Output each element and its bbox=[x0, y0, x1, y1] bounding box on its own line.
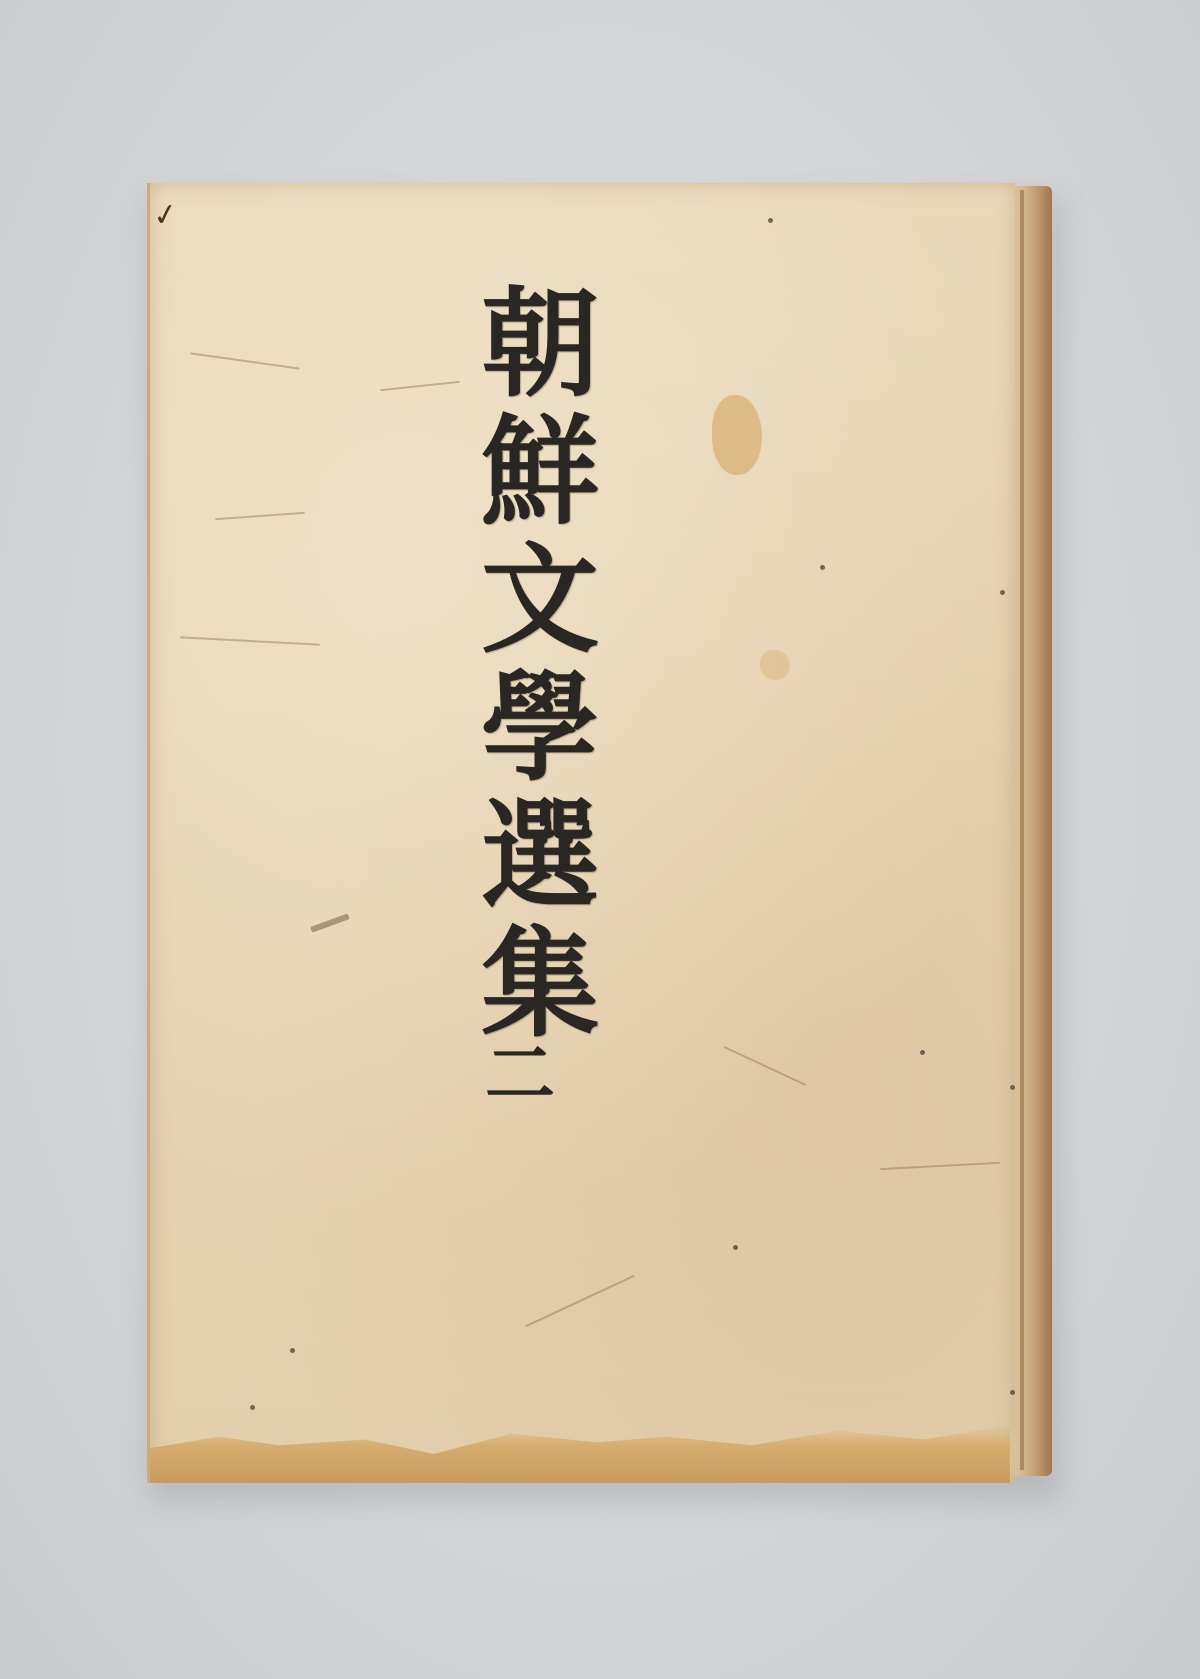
volume-number: 二 bbox=[485, 1018, 555, 1119]
ink-speck bbox=[290, 1348, 295, 1353]
ink-speck bbox=[820, 565, 825, 570]
title-char: 朝 bbox=[481, 280, 599, 408]
ink-speck bbox=[768, 218, 773, 223]
ink-speck bbox=[1010, 1085, 1015, 1090]
title-char: 文 bbox=[481, 536, 599, 664]
spine-groove bbox=[1020, 190, 1024, 1470]
book-title: 朝 鮮 文 學 選 集 bbox=[470, 280, 610, 1048]
ink-speck bbox=[733, 1245, 738, 1250]
ink-speck bbox=[1000, 590, 1005, 595]
ink-speck bbox=[250, 1405, 255, 1410]
ink-speck bbox=[1010, 1390, 1015, 1395]
ink-speck bbox=[920, 1050, 925, 1055]
paper-stain bbox=[760, 650, 790, 680]
title-char: 選 bbox=[481, 792, 599, 920]
paper-stain bbox=[712, 395, 762, 475]
title-char: 學 bbox=[481, 664, 599, 792]
title-char: 鮮 bbox=[481, 408, 599, 536]
